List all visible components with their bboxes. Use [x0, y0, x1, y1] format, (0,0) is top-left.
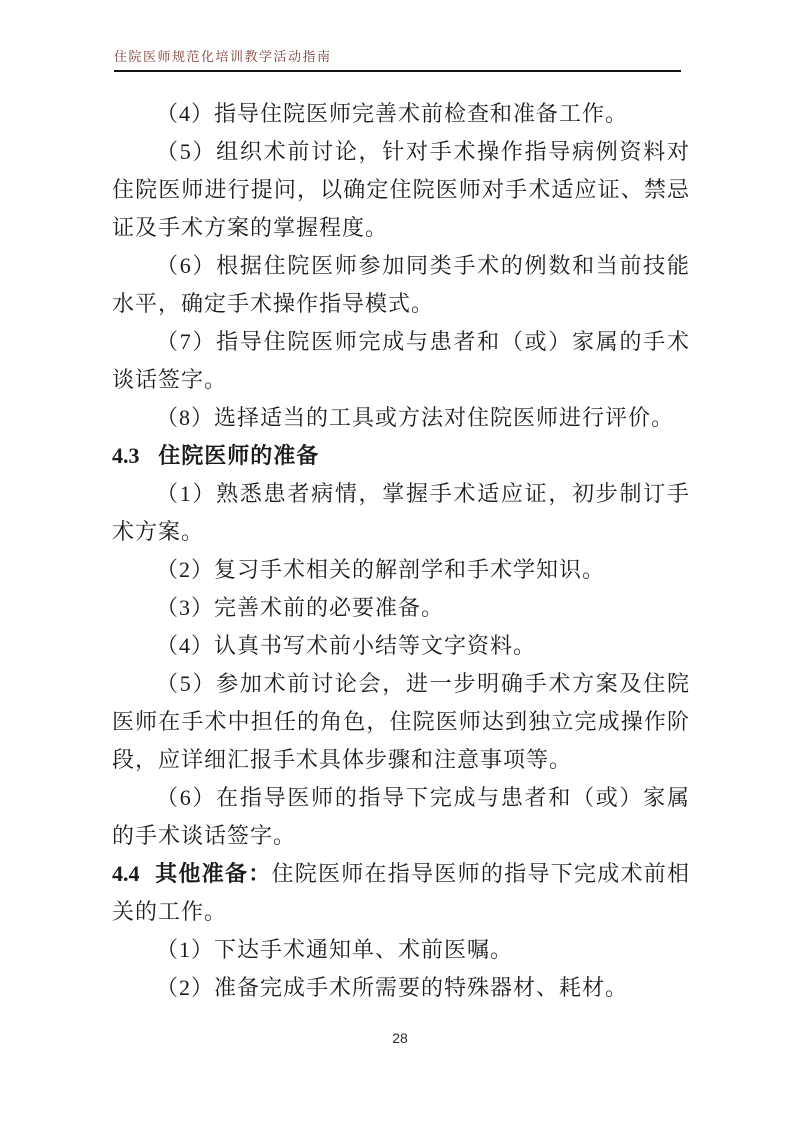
page-body: （4）指导住院医师完善术前检查和准备工作。 （5）组织术前讨论，针对手术操作指导…: [112, 95, 690, 1007]
page-number: 28: [392, 1030, 408, 1046]
section-heading-label: 其他准备：: [155, 861, 272, 886]
section-heading-title: 住院医师的准备: [158, 443, 319, 468]
body-paragraph: （4）认真书写术前小结等文字资料。: [112, 627, 690, 665]
body-paragraph: （5）参加术前讨论会，进一步明确手术方案及住院医师在手术中担任的角色，住院医师达…: [112, 665, 690, 779]
page-footer: 28: [0, 1030, 800, 1048]
body-paragraph: （3）完善术前的必要准备。: [112, 589, 690, 627]
body-paragraph: （2）复习手术相关的解剖学和手术学知识。: [112, 551, 690, 589]
running-title: 住院医师规范化培训教学活动指南: [114, 49, 332, 64]
body-paragraph: （2）准备完成手术所需要的特殊器材、耗材。: [112, 969, 690, 1007]
body-paragraph: （6）根据住院医师参加同类手术的例数和当前技能水平，确定手术操作指导模式。: [112, 247, 690, 323]
section-heading-number: 4.3: [112, 443, 140, 468]
section-heading-4-4: 4.4其他准备：住院医师在指导医师的指导下完成术前相关的工作。: [112, 855, 690, 931]
body-paragraph: （8）选择适当的工具或方法对住院医师进行评价。: [112, 399, 690, 437]
section-heading-4-3: 4.3住院医师的准备: [112, 437, 690, 475]
document-page: 住院医师规范化培训教学活动指南 （4）指导住院医师完善术前检查和准备工作。 （5…: [0, 0, 800, 1131]
body-paragraph: （7）指导住院医师完成与患者和（或）家属的手术谈话签字。: [112, 323, 690, 399]
page-header: 住院医师规范化培训教学活动指南: [114, 46, 681, 72]
body-paragraph: （1）熟悉患者病情，掌握手术适应证，初步制订手术方案。: [112, 475, 690, 551]
body-paragraph: （6）在指导医师的指导下完成与患者和（或）家属的手术谈话签字。: [112, 779, 690, 855]
body-paragraph: （5）组织术前讨论，针对手术操作指导病例资料对住院医师进行提问，以确定住院医师对…: [112, 133, 690, 247]
section-heading-number: 4.4: [112, 861, 140, 886]
body-paragraph: （4）指导住院医师完善术前检查和准备工作。: [112, 95, 690, 133]
body-paragraph: （1）下达手术通知单、术前医嘱。: [112, 931, 690, 969]
